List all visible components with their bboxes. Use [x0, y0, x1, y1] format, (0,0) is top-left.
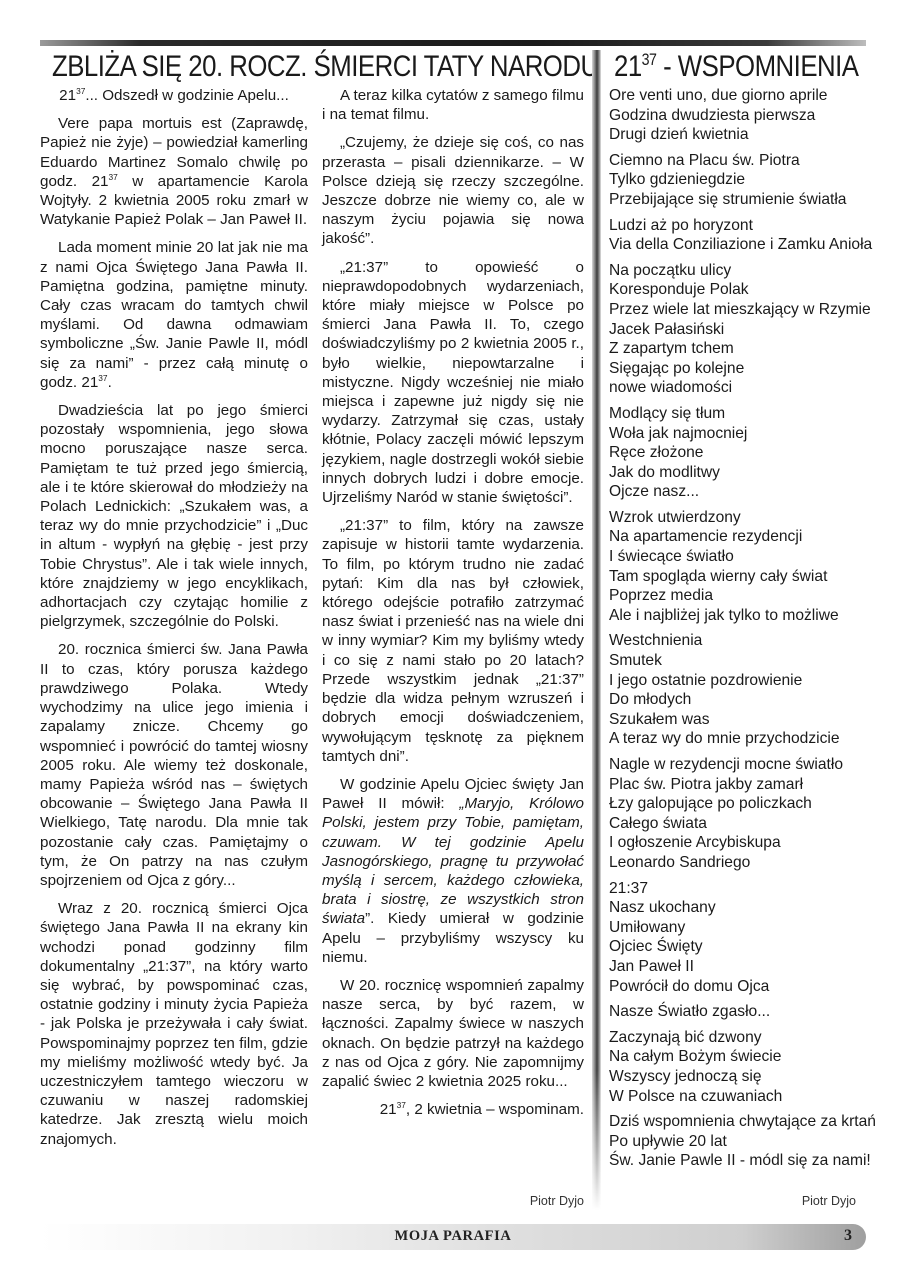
article-paragraph-3: Dwadzieścia lat po jego śmierci pozostał… — [40, 401, 308, 631]
poem-stanza: Ore venti uno, due giorno aprileGodzina … — [609, 86, 871, 145]
poem-line: Woła jak najmocniej — [609, 424, 871, 444]
poem-line: Św. Janie Pawle II - módl się za nami! — [609, 1151, 871, 1171]
poem-line: Ale i najbliżej jak tylko to możliwe — [609, 606, 871, 626]
poem-line: Drugi dzień kwietnia — [609, 125, 871, 145]
poem-line: I ogłoszenie Arcybiskupa — [609, 833, 871, 853]
poem-stanza: Nagle w rezydencji mocne światłoPlac św.… — [609, 755, 871, 873]
poem-stanza: Dziś wspomnienia chwytające za krtańPo u… — [609, 1112, 871, 1171]
poem-line: I świecące światło — [609, 547, 871, 567]
article-paragraph-2: Lada moment minie 20 lat jak nie ma z na… — [40, 238, 308, 392]
poem-title-minutes: 37 — [642, 51, 657, 69]
poem-line: Tam spogląda wierny cały świat — [609, 567, 871, 587]
article-paragraph-11: W 20. rocznicę wspomnień zapalmy nasze s… — [322, 976, 584, 1091]
column-divider — [592, 50, 601, 1210]
article-paragraph-7: „Czujemy, że dzieje się coś, co nas prze… — [322, 133, 584, 248]
poem-line: Jak do modlitwy — [609, 463, 871, 483]
poem-line: Nasze Światło zgasło... — [609, 1002, 871, 1022]
poem-line: Ore venti uno, due giorno aprile — [609, 86, 871, 106]
poem-stanza: Ciemno na Placu św. PiotraTylko gdzienie… — [609, 151, 871, 210]
poem-line: Modlący się tłum — [609, 404, 871, 424]
poem-stanza: WestchnieniaSmutekI jego ostatnie pozdro… — [609, 631, 871, 749]
poem-line: Jan Paweł II — [609, 957, 871, 977]
poem-stanza: Wzrok utwierdzonyNa apartamencie rezyden… — [609, 508, 871, 626]
page-footer: MOJA PARAFIA 3 — [40, 1224, 866, 1250]
poem-line: Plac św. Piotra jakby zamarł — [609, 775, 871, 795]
article-closing: 2137, 2 kwietnia – wspominam. — [322, 1100, 584, 1119]
poem-line: I jego ostatnie pozdrowienie — [609, 671, 871, 691]
poem-line: A teraz wy do mnie przychodzicie — [609, 729, 871, 749]
poem-line: Poprzez media — [609, 586, 871, 606]
poem-title-time: 21 — [614, 50, 642, 83]
magazine-title: MOJA PARAFIA — [40, 1228, 866, 1245]
poem-line: Nagle w rezydencji mocne światło — [609, 755, 871, 775]
poem-line: Do młodych — [609, 690, 871, 710]
poem-line: Przez wiele lat mieszkający w Rzymie — [609, 300, 871, 320]
poem-line: Po upływie 20 lat — [609, 1132, 871, 1152]
poem-line: Godzina dwudziesta pierwsza — [609, 106, 871, 126]
poem-line: Łzy galopujące po policzkach — [609, 794, 871, 814]
poem-line: Tylko gdzieniegdzie — [609, 170, 871, 190]
poem-line: Sięgając po kolejne — [609, 359, 871, 379]
article-title: ZBLIŻA SIĘ 20. ROCZ. ŚMIERCI TATY NARODU — [52, 48, 510, 86]
poem-line: Wzrok utwierdzony — [609, 508, 871, 528]
poem-column: Ore venti uno, due giorno aprileGodzina … — [609, 86, 871, 1177]
article-paragraph-5: Wraz z 20. rocznicą śmierci Ojca święteg… — [40, 899, 308, 1149]
poem-line: Zaczynają bić dzwony — [609, 1028, 871, 1048]
poem-line: Umiłowany — [609, 918, 871, 938]
poem-line: Dziś wspomnienia chwytające za krtań — [609, 1112, 871, 1132]
poem-line: Koresponduje Polak — [609, 280, 871, 300]
poem-stanza: Nasze Światło zgasło... — [609, 1002, 871, 1022]
article-paragraph-9: „21:37” to film, który na zawsze zapisuj… — [322, 516, 584, 766]
poem-line: Nasz ukochany — [609, 898, 871, 918]
poem-line: Ojciec Święty — [609, 937, 871, 957]
poem-line: Jacek Pałasiński — [609, 320, 871, 340]
poem-line: nowe wiadomości — [609, 378, 871, 398]
poem-line: Z zapartym tchem — [609, 339, 871, 359]
article-paragraph-10: W godzinie Apelu Ojciec święty Jan Paweł… — [322, 775, 584, 967]
article-intro: 2137... Odszedł w godzinie Apelu... — [40, 86, 308, 105]
poem-title-text: - WSPOMNIENIA — [656, 50, 858, 83]
poem-line: Smutek — [609, 651, 871, 671]
article-paragraph-4: 20. rocznica śmierci św. Jana Pawła II t… — [40, 640, 308, 890]
poem-stanza: Zaczynają bić dzwonyNa całym Bożym świec… — [609, 1028, 871, 1106]
poem-line: Powrócił do domu Ojca — [609, 977, 871, 997]
poem-author: Piotr Dyjo — [760, 1194, 856, 1208]
poem-line: Wszyscy jednoczą się — [609, 1067, 871, 1087]
poem-line: W Polsce na czuwaniach — [609, 1087, 871, 1107]
poem-stanza: 21:37Nasz ukochanyUmiłowanyOjciec Święty… — [609, 879, 871, 997]
poem-line: 21:37 — [609, 879, 871, 899]
article-column-2: A teraz kilka cytatów z samego filmu i n… — [322, 86, 584, 1128]
top-rule — [40, 40, 866, 46]
pope-quote: „Maryjo, Królowo Polski, jestem przy Tob… — [322, 795, 584, 927]
article-paragraph-8: „21:37” to opowieść o nieprawdopodobnych… — [322, 258, 584, 508]
article-paragraph-6: A teraz kilka cytatów z samego filmu i n… — [322, 86, 584, 124]
poem-line: Na apartamencie rezydencji — [609, 527, 871, 547]
poem-line: Leonardo Sandriego — [609, 853, 871, 873]
poem-line: Przebijające się strumienie światła — [609, 190, 871, 210]
poem-line: Szukałem was — [609, 710, 871, 730]
poem-line: Na całym Bożym świecie — [609, 1047, 871, 1067]
poem-line: Via della Conziliazione i Zamku Anioła — [609, 235, 871, 255]
poem-stanza: Na początku ulicyKoresponduje PolakPrzez… — [609, 261, 871, 398]
poem-stanza: Modlący się tłumWoła jak najmocniejRęce … — [609, 404, 871, 502]
article-author: Piotr Dyjo — [470, 1194, 584, 1208]
poem-line: Ciemno na Placu św. Piotra — [609, 151, 871, 171]
poem-title: 2137 - WSPOMNIENIA — [614, 48, 838, 86]
poem-stanza: Ludzi aż po horyzontVia della Conziliazi… — [609, 216, 871, 255]
article-column-1: 2137... Odszedł w godzinie Apelu... Vere… — [40, 86, 308, 1158]
poem-line: Westchnienia — [609, 631, 871, 651]
article-paragraph-1: Vere papa mortuis est (Zaprawdę, Papież … — [40, 114, 308, 229]
poem-line: Całego świata — [609, 814, 871, 834]
page-number: 3 — [844, 1227, 852, 1245]
poem-line: Na początku ulicy — [609, 261, 871, 281]
poem-line: Ojcze nasz... — [609, 482, 871, 502]
poem-line: Ludzi aż po horyzont — [609, 216, 871, 236]
poem-line: Ręce złożone — [609, 443, 871, 463]
